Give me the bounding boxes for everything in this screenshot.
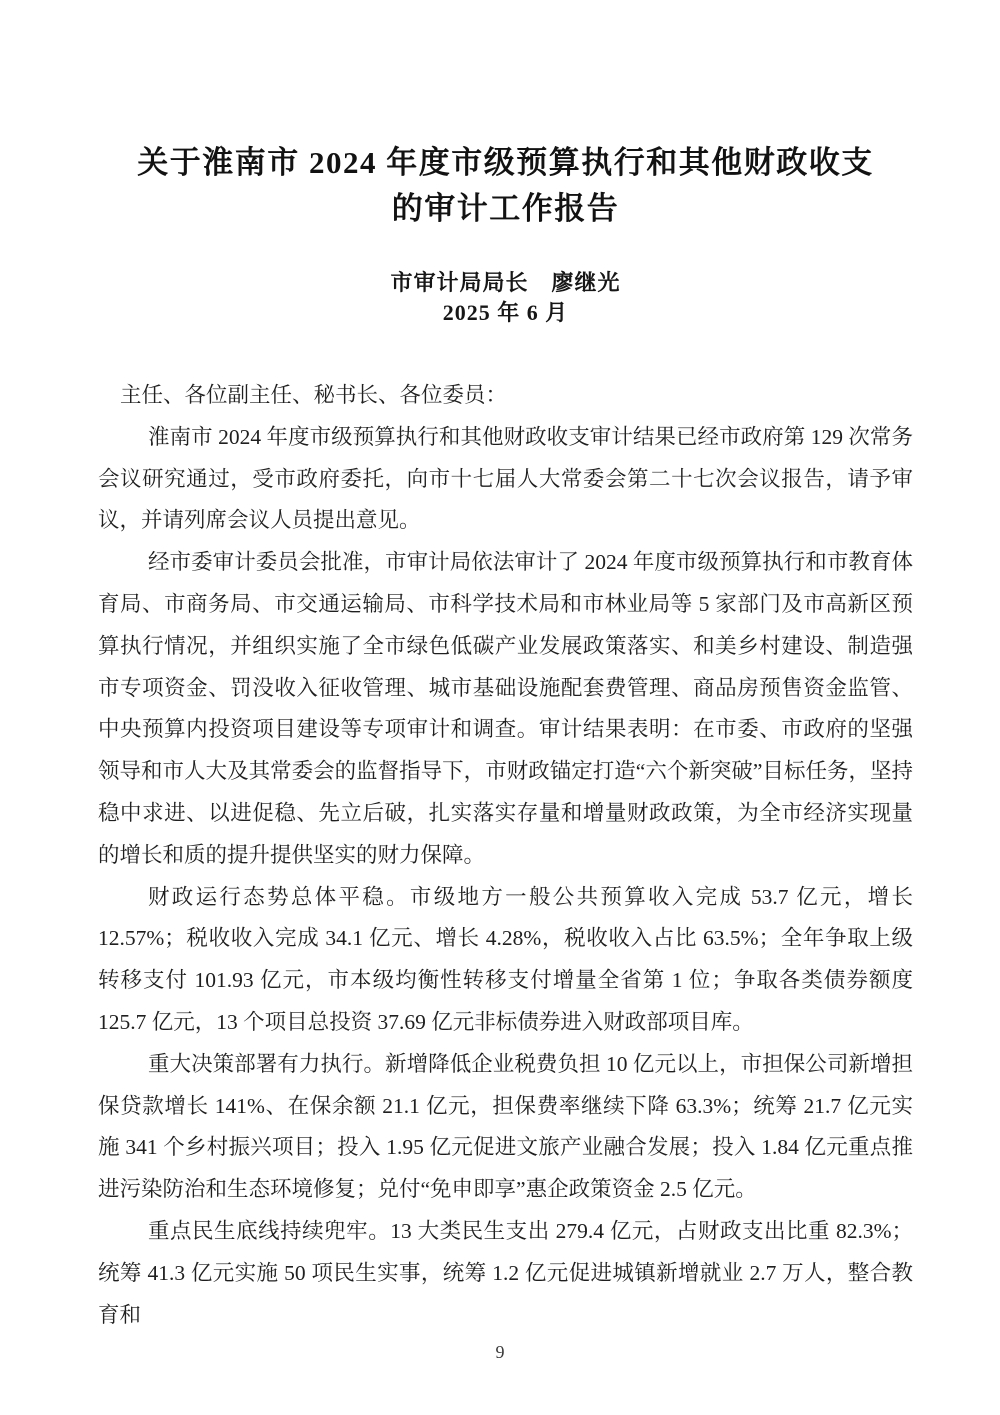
paragraph-list: 淮南市 2024 年度市级预算执行和其他财政收支审计结果已经市政府第 129 次… xyxy=(98,417,913,1337)
report-date: 2025 年 6 月 xyxy=(98,298,913,328)
page-number: 9 xyxy=(0,1341,1000,1363)
body-paragraph: 财政运行态势总体平稳。市级地方一般公共预算收入完成 53.7 亿元，增长 12.… xyxy=(98,877,913,1044)
document-page: 关于淮南市 2024 年度市级预算执行和其他财政收支 的审计工作报告 市审计局局… xyxy=(0,0,1000,1415)
body-paragraph: 经市委审计委员会批准，市审计局依法审计了 2024 年度市级预算执行和市教育体育… xyxy=(98,542,913,876)
document-title: 关于淮南市 2024 年度市级预算执行和其他财政收支 的审计工作报告 xyxy=(98,140,913,232)
salutation-line: 主任、各位副主任、秘书长、各位委员： xyxy=(98,375,913,417)
title-line-2: 的审计工作报告 xyxy=(98,186,913,232)
document-body: 主任、各位副主任、秘书长、各位委员： 淮南市 2024 年度市级预算执行和其他财… xyxy=(98,375,913,1336)
body-paragraph: 淮南市 2024 年度市级预算执行和其他财政收支审计结果已经市政府第 129 次… xyxy=(98,417,913,542)
title-line-1: 关于淮南市 2024 年度市级预算执行和其他财政收支 xyxy=(98,140,913,186)
body-paragraph: 重点民生底线持续兜牢。13 大类民生支出 279.4 亿元，占财政支出比重 82… xyxy=(98,1211,913,1336)
body-paragraph: 重大决策部署有力执行。新增降低企业税费负担 10 亿元以上，市担保公司新增担保贷… xyxy=(98,1044,913,1211)
author-signature: 市审计局局长 廖继光 xyxy=(98,268,913,298)
